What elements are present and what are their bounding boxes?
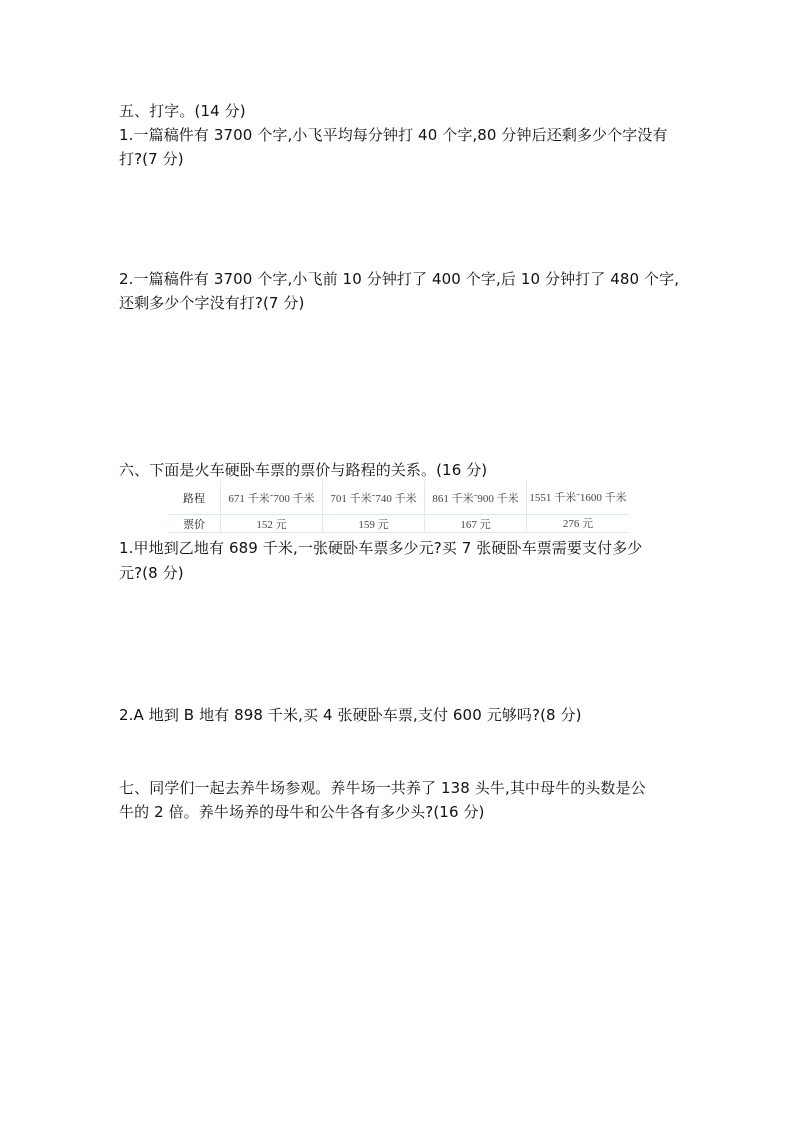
section-6-title: 六、下面是火车硬卧车票的票价与路程的关系。(16 分) (119, 460, 487, 480)
fare-table: 路程 671 千米˜700 千米 701 千米˜740 千米 861 千米˜90… (168, 481, 629, 533)
question-5-1-line-1: 1.一篇稿件有 3700 个字,小飞平均每分钟打 40 个字,80 分钟后还剩多… (119, 125, 668, 145)
price-cell: 159 元 (323, 515, 425, 533)
question-5-2-line-1: 2.一篇稿件有 3700 个字,小飞前 10 分钟打了 400 个字,后 10 … (119, 269, 679, 289)
question-5-2-line-2: 还剩多少个字没有打?(7 分) (119, 293, 304, 313)
distance-cell: 861 千米˜900 千米 (425, 481, 527, 515)
table-row-price: 票价 152 元 159 元 167 元 276 元 (168, 515, 629, 533)
price-cell: 167 元 (425, 515, 527, 533)
row-header-price: 票价 (168, 515, 221, 533)
question-6-2-line-1: 2.A 地到 B 地有 898 千米,买 4 张硬卧车票,支付 600 元够吗?… (119, 705, 582, 725)
distance-cell: 701 千米˜740 千米 (323, 481, 425, 515)
row-header-distance: 路程 (168, 481, 221, 515)
question-6-1-line-1: 1.甲地到乙地有 689 千米,一张硬卧车票多少元?买 7 张硬卧车票需要支付多… (119, 538, 642, 558)
section-7-line-1: 七、同学们一起去养牛场参观。养牛场一共养了 138 头牛,其中母牛的头数是公 (119, 778, 646, 798)
distance-cell: 671 千米˜700 千米 (221, 481, 323, 515)
distance-cell: 1551 千米˜1600 千米 (527, 481, 630, 515)
price-cell: 152 元 (221, 515, 323, 533)
price-cell: 276 元 (527, 515, 630, 533)
section-5-title: 五、打字。(14 分) (119, 101, 246, 121)
question-6-1-line-2: 元?(8 分) (119, 563, 184, 583)
table-row-distance: 路程 671 千米˜700 千米 701 千米˜740 千米 861 千米˜90… (168, 481, 629, 515)
section-7-line-2: 牛的 2 倍。养牛场养的母牛和公牛各有多少头?(16 分) (119, 802, 485, 822)
question-5-1-line-2: 打?(7 分) (119, 149, 184, 169)
